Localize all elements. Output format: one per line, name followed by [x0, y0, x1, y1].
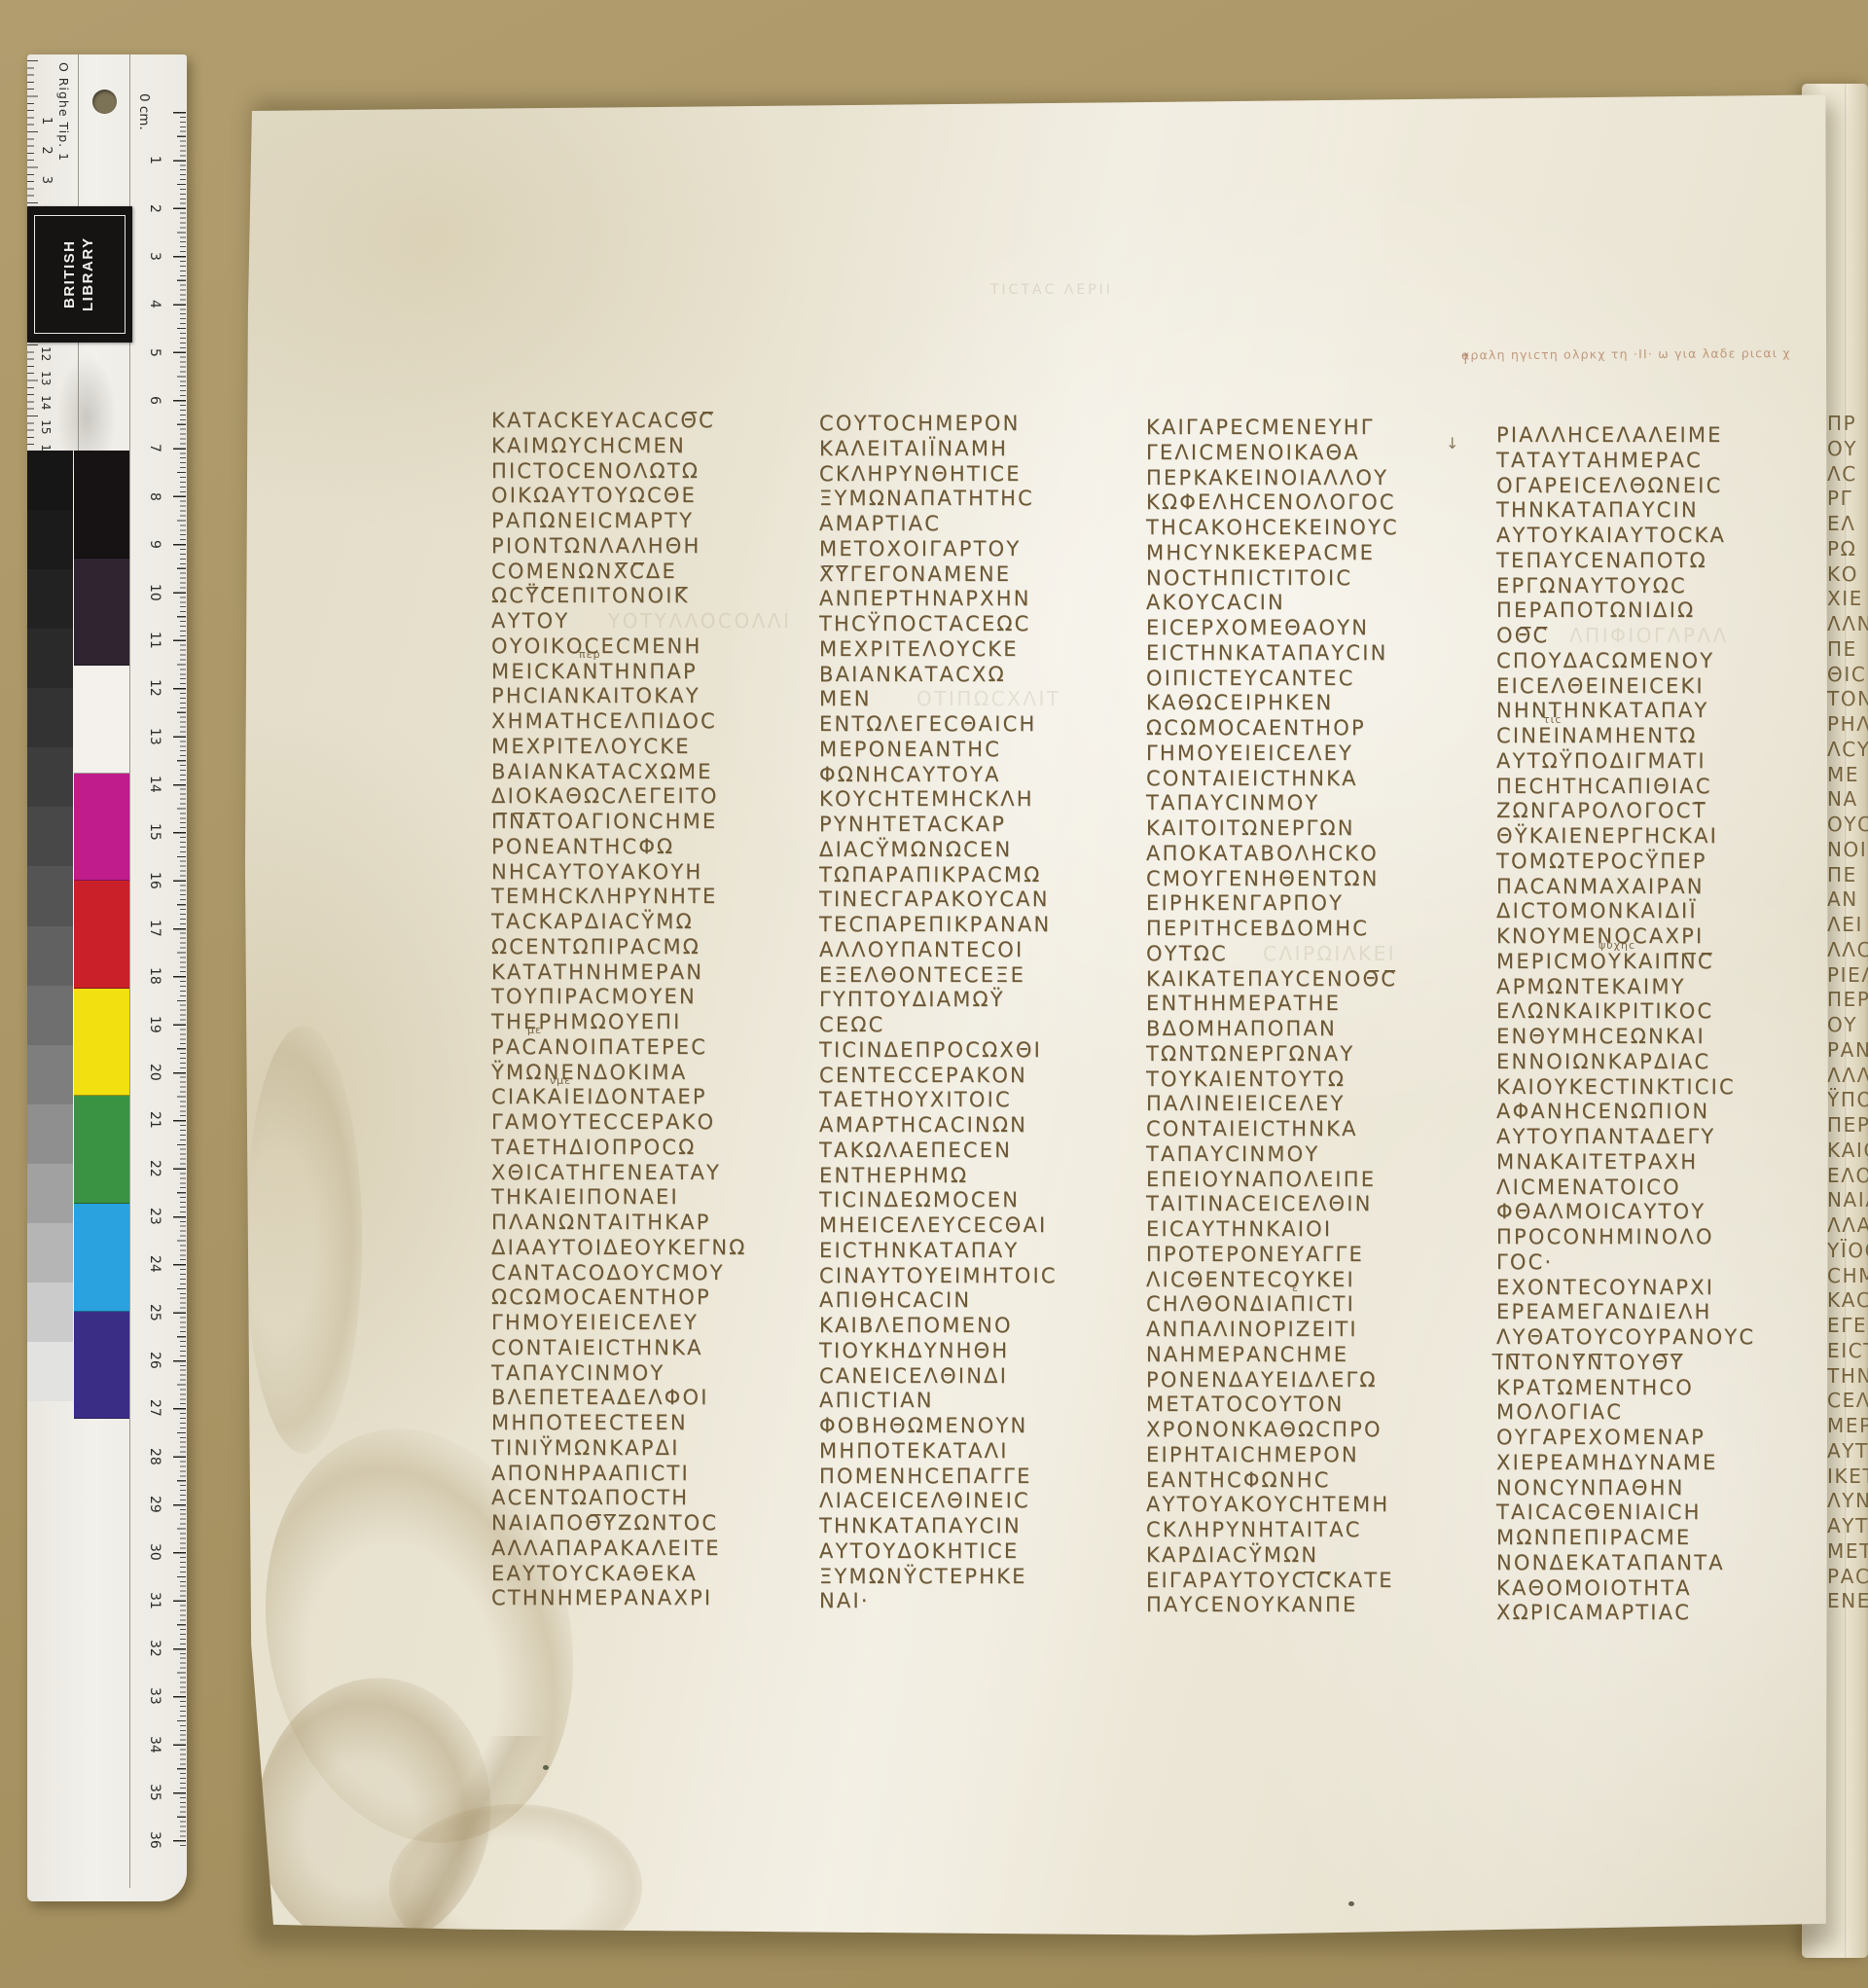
text-line: ΚΑΤΑΤΗΝΗΜΕΡΑΝ — [491, 960, 812, 986]
text-line: ΤΑΠΑΥϹΙΝΜΟΥ — [491, 1361, 812, 1387]
text-line: ΟΥΓΑΡΕΧΟΜΕΝΑΡ — [1496, 1426, 1817, 1451]
cm-number-row: 14 — [134, 760, 175, 808]
text-line: ΛΙϹΘΕΝΤΕϹΟΥΚΕΙ — [1146, 1268, 1467, 1293]
text-line: ΩϹΕΝΤΩΠΙΡΑϹΜΩ — [491, 935, 812, 960]
cm-number-row: 23 — [134, 1192, 175, 1240]
text-line: ΜΕΤΑΤΟϹΟΥΤΟΝ — [1146, 1392, 1467, 1418]
cm-number-row: 4 — [134, 280, 175, 328]
text-line: ΡΗϹΙΑΝΚΑΙΤΟΚΑΥ — [491, 684, 812, 709]
text-line: ϹΚΛΗΡΥΝΘΗΤΙϹΕ — [819, 462, 1140, 488]
text-line: ΑΠΙΘΗϹΑϹΙΝ — [819, 1288, 1140, 1314]
text-line: ϹΕΝΤΕϹϹΕΡΑΚΟΝ — [819, 1064, 1140, 1089]
text-line: ΞΥΜΩΝΑΠΑΤΗΤΗϹ — [819, 487, 1140, 512]
interlinear-correction: ε — [1292, 1282, 1299, 1294]
text-line: ΤΑϹΚΑΡΔΙΑϹΫΜΩ — [491, 910, 812, 935]
text-line: ΠΙϹΤΟϹΕΝΟΛΩΤΩ — [491, 459, 812, 485]
text-line: ΓΑΜΟΥΤΕϹϹΕΡΑΚΟ — [491, 1110, 812, 1136]
cm-number-row: 20 — [134, 1048, 175, 1096]
text-line: ΚΑΙΜΩΥϹΗϹΜΕΝ — [491, 434, 812, 459]
text-line: ΠΕϹΗΤΗϹΑΠΙΘΙΑϹ — [1496, 775, 1817, 800]
text-line: ΩϹΩΜΟϹΑΕΝΤΗΟΡ — [491, 1285, 812, 1311]
text-line: ΕΡΓΩΝΑΥΤΟΥΩϹ — [1496, 574, 1817, 599]
cm-number-row: 27 — [134, 1385, 175, 1432]
text-line: ΑΠΙϹΤΙΑΝ — [819, 1389, 1140, 1414]
gray-step — [27, 1164, 73, 1223]
cm-number-row: 11 — [134, 616, 175, 664]
text-line: ΦΘΑΛΜΟΙϹΑΥΤΟΥ — [1496, 1200, 1817, 1225]
interlinear-correction: νμε — [550, 1074, 571, 1087]
text-line: ΕΝΤΗΕΡΗΜΩ — [819, 1164, 1140, 1189]
text-line: ΤΕΜΗϹΚΛΗΡΥΝΗΤΕ — [491, 885, 812, 910]
text-line: ΡΙΑΛΛΗϹΕΛΑΛΕΙΜΕ — [1496, 423, 1817, 449]
text-line: ΜΗΠΟΤΕΚΑΤΑΛΙ — [819, 1439, 1140, 1464]
text-line: ΑΥΤΟΥΑΚΟΥϹΗΤΕΜΗ — [1146, 1493, 1467, 1518]
text-line: ΕΝΝΟΙΩΝΚΑΡΔΙΑϹ — [1496, 1050, 1817, 1075]
text-line: ΕΞΕΛΘΟΝΤΕϹΕΞΕ — [819, 963, 1140, 989]
text-line: ϹΑΝΤΑϹΟΔΟΥϹΜΟΥ — [491, 1261, 812, 1286]
text-line: ΦΟΒΗΘΩΜΕΝΟΥΝ — [819, 1414, 1140, 1439]
text-line: ΠΕΡΚΑΚΕΙΝΟΙΑΛΛΟΥ — [1146, 466, 1467, 491]
interlinear-correction: ψυχηϲ — [1599, 939, 1635, 952]
text-line: ΜΕΧΡΙΤΕΛΟΥϹΚΕ — [491, 735, 812, 760]
text-line: ϹΟΜΕΝΩΝΧ̅Ϲ̅ΔΕ — [491, 560, 812, 585]
gray-step — [27, 1342, 73, 1401]
text-line: ΖΩΝΓΑΡΟΛΟΓΟϹΤ̅ — [1496, 799, 1817, 824]
text-line: ΕΝΤΗΗΜΕΡΑΤΗΕ — [1146, 992, 1467, 1017]
gray-step — [27, 629, 73, 688]
text-line: ΞΥΜΩΝΫϹΤΕΡΗΚΕ — [819, 1565, 1140, 1590]
text-line: ϹΟΝΤΑΙΕΙϹΤΗΝΚΑ — [491, 1336, 812, 1361]
text-line: ΜΗΠΟΤΕΕϹΤΕΕΝ — [491, 1411, 812, 1436]
text-line: Π̅Ν̅Α̅ΤΟΑΓΙΟΝϹΗΜΕ — [491, 810, 812, 835]
text-line: ΤΟΥΠΙΡΑϹΜΟΥΕΝ — [491, 985, 812, 1010]
text-line: ΠΑΛΙΝΕΙΕΙϹΕΛΕΥ — [1146, 1092, 1467, 1117]
gray-step — [27, 986, 73, 1045]
text-line: ΔΙΟΚΑΘΩϹΛΕΓΕΙΤΟ — [491, 784, 812, 810]
running-title-ghost: ΤΙϹΤΑϹ ΛΕΡΙΙ — [990, 282, 1113, 298]
text-line: ΠΑΥϹΕΝΟΥΚΑΝΠΕ — [1146, 1593, 1467, 1618]
cm-number-row: 15 — [134, 809, 175, 856]
text-line: ϹΙΝΑΥΤΟΥΕΙΜΗΤΟΙϹ — [819, 1264, 1140, 1289]
manuscript-page: ΤΙϹΤΑϹ ΛΕΡΙΙ ↑ αραλη ηγιϲτη ολρκχ τη ·ΙΙ… — [243, 91, 1829, 1940]
cm-number-row: 24 — [134, 1241, 175, 1288]
water-stain — [245, 1026, 362, 1454]
text-line: ΓΟϹ· — [1496, 1250, 1817, 1276]
text-line: ΜΝΑΚΑΙΤΕΤΡΑΧΗ — [1496, 1150, 1817, 1175]
cm-number-row: 30 — [134, 1529, 175, 1576]
color-patch — [74, 559, 129, 667]
ink-speck — [1348, 1901, 1354, 1906]
gray-step — [27, 1045, 73, 1104]
text-line: ΓΗΜΟΥΕΙΕΙϹΕΛΕΥ — [491, 1311, 812, 1336]
text-line: ϹΟΝΤΑΙΕΙϹΤΗΝΚΑ — [1146, 1117, 1467, 1142]
cm-number-row: 5 — [134, 328, 175, 376]
text-line: ΤΗϹΫΠΟϹΤΑϹΕΩϹ — [819, 612, 1140, 637]
text-line: ϹΠΟΥΔΑϹΩΜΕΝΟΥ — [1496, 649, 1817, 674]
label-text: BRITISH LIBRARY — [61, 216, 98, 333]
text-line: ΑΥΤΟΥΔΟΚΗΤΙϹΕ — [819, 1539, 1140, 1565]
text-line: ΚΑΙΓΑΡΕϹΜΕΝΕΥΗΓ — [1146, 416, 1467, 441]
gray-step — [27, 510, 73, 569]
text-line: ΤΑΚΩΛΑΕΠΕϹΕΝ — [819, 1139, 1140, 1164]
text-line: ΕΙΡΗΤΑΙϹΗΜΕΡΟΝ — [1146, 1443, 1467, 1468]
ruler-ticks-major — [173, 112, 186, 1850]
cm-number-row: 32 — [134, 1624, 175, 1672]
text-line: ΤΗΝΚΑΤΑΠΑΥϹΙΝ — [1496, 498, 1817, 524]
text-line: ΛΥΘΑΤΟΥϹΟΥΡΑΝΟΥϹ — [1496, 1325, 1817, 1351]
interlinear-correction: τιϲ — [1543, 713, 1562, 726]
ruler-hang-hole — [92, 90, 117, 114]
cm-number-row: 35 — [134, 1768, 175, 1816]
cm-number-row: 12 — [134, 665, 175, 712]
gray-step — [27, 688, 73, 747]
text-line: ΤΩΠΑΡΑΠΙΚΡΑϹΜΩ — [819, 863, 1140, 888]
text-line: ΑΠΟΝΗΡΑΑΠΙϹΤΙ — [491, 1462, 812, 1487]
gray-step — [27, 569, 73, 629]
text-line: ΟΥΟΙΚΟϹΕϹΜΕΝΗ — [491, 634, 812, 660]
text-line: ΤΙΝΙΫΜΩΝΚΑΡΔΙ — [491, 1436, 812, 1462]
text-line: ΕΝΘΥΜΗϹΕΩΝΚΑΙ — [1496, 1025, 1817, 1050]
text-line: ΝΑΙ· — [819, 1589, 1140, 1614]
text-line: ΤΑΠΑΥϹΙΝΜΟΥ — [1146, 1142, 1467, 1168]
text-line: ΚΑΘΟΜΟΙΟΤΗΤΑ — [1496, 1576, 1817, 1602]
text-line: ΑΠΟΚΑΤΑΒΟΛΗϹΚΟ — [1146, 842, 1467, 867]
text-line: ΟΘ̅Ϲ̅ — [1496, 624, 1817, 649]
text-line: ΓΗΜΟΥΕΙΕΙϹΕΛΕΥ — [1146, 741, 1467, 767]
color-patch-strip — [74, 451, 129, 1419]
text-line: ΡΙΟΝΤΩΝΛΑΛΗΘΗ — [491, 534, 812, 560]
text-line: Χ̅Υ̅ΓΕΓΟΝΑΜΕΝΕ — [819, 562, 1140, 588]
text-line: ΜΗΕΙϹΕΛΕΥϹΕϹΘΑΙ — [819, 1213, 1140, 1239]
text-column-3: ΚΑΙΓΑΡΕϹΜΕΝΕΥΗΓΓΕΛΙϹΜΕΝΟΙΚΑΘΑΠΕΡΚΑΚΕΙΝΟΙ… — [1146, 416, 1467, 1618]
text-line: ΕΙϹΤΗΝΚΑΤΑΠΑΥϹΙΝ — [1146, 641, 1467, 667]
color-patch — [74, 1096, 129, 1204]
text-line: ΤΙΝΕϹΓΑΡΑΚΟΥϹΑΝ — [819, 887, 1140, 913]
text-line: ϹΑΝΕΙϹΕΛΘΙΝΔΙ — [819, 1364, 1140, 1390]
british-library-label: BRITISH LIBRARY — [27, 206, 132, 343]
text-line: ΟΙΠΙϹΤΕΥϹΑΝΤΕϹ — [1146, 667, 1467, 692]
text-line: ΤΟΥΚΑΙΕΝΤΟΥΤΩ — [1146, 1067, 1467, 1093]
cm-number-row: 25 — [134, 1288, 175, 1336]
text-line: ΕΙϹΕΡΧΟΜΕΘΑΟΥΝ — [1146, 616, 1467, 641]
ruler-cm-numbers: 1234567891011121314151617181920212223242… — [134, 136, 175, 1864]
text-line: ΑΥΤΟΥΠΑΝΤΑΔΕΓΥ — [1496, 1125, 1817, 1150]
text-line: ϹΜΟΥΓΕΝΗΘΕΝΤΩΝ — [1146, 867, 1467, 892]
text-line: ΜΕΙϹΚΑΝΤΗΝΠΑΡ — [491, 660, 812, 685]
text-line: ΤΙϹΙΝΔΕΠΡΟϹΩΧΘΙ — [819, 1038, 1140, 1064]
text-line: ΤΗϹΑΚΟΗϹΕΚΕΙΝΟΥϹ — [1146, 516, 1467, 541]
text-line: ΝΗϹΑΥΤΟΥΑΚΟΥΗ — [491, 860, 812, 886]
corner-fold-crease — [276, 1736, 627, 1988]
interlinear-correction: με — [527, 1024, 542, 1036]
text-line: ΩϹΩΜΟϹΑΕΝΤΗΟΡ — [1146, 716, 1467, 741]
text-line: ΚΩΦΕΛΗϹΕΝΟΛΟΓΟϹ — [1146, 490, 1467, 516]
text-column-4: ΡΙΑΛΛΗϹΕΛΑΛΕΙΜΕΤΑΤΑΥΤΑΗΜΕΡΑϹΟΓΑΡΕΙϹΕΛΘΩΝ… — [1496, 423, 1817, 1626]
text-line: ΡΟΝΕΝΔΑΥΕΙΔΛΕΓΩ — [1146, 1368, 1467, 1393]
text-line: ΕΛΩΝΚΑΙΚΡΙΤΙΚΟϹ — [1496, 999, 1817, 1025]
text-line: ΑΚΟΥϹΑϹΙΝ — [1146, 591, 1467, 616]
text-line: ΜΕΤΟΧΟΙΓΑΡΤΟΥ — [819, 537, 1140, 562]
gray-step — [27, 451, 73, 510]
text-line: ΚΑΘΩϹΕΙΡΗΚΕΝ — [1146, 691, 1467, 716]
color-patch — [74, 989, 129, 1097]
text-line: ΧΡΟΝΟΝΚΑΘΩϹΠΡΟ — [1146, 1418, 1467, 1443]
text-line: ΝΑΗΜΕΡΑΝϹΗΜΕ — [1146, 1343, 1467, 1368]
text-line: ΔΙΑϹΫΜΩΝΩϹΕΝ — [819, 838, 1140, 863]
color-patch — [74, 774, 129, 882]
text-line: ΡΑϹΑΝΟΙΠΑΤΕΡΕϹ — [491, 1035, 812, 1061]
text-line: ΜΕΝ — [819, 687, 1140, 712]
gray-step — [27, 1104, 73, 1164]
text-line: ΑΝΠΑΛΙΝΟΡΙΖΕΙΤΙ — [1146, 1318, 1467, 1343]
grayscale-step-strip — [27, 451, 73, 1401]
text-line: ΕΡΕΑΜΕΓΑΝΔΙΕΛΗ — [1496, 1300, 1817, 1325]
text-line: ΝΟΝΔΕΚΑΤΑΠΑΝΤΑ — [1496, 1551, 1817, 1576]
text-line: ΜΕΡΟΝΕΑΝΤΗϹ — [819, 738, 1140, 763]
cm-number-row: 7 — [134, 424, 175, 472]
gray-step — [27, 926, 73, 986]
text-line: ΤΑΤΑΥΤΑΗΜΕΡΑϹ — [1496, 449, 1817, 474]
cm-number-row: 16 — [134, 856, 175, 904]
text-line: ΑΜΑΡΤΗϹΑϹΙΝΩΝ — [819, 1113, 1140, 1139]
text-line: ϹΟΝΤΑΙΕΙϹΤΗΝΚΑ — [1146, 767, 1467, 792]
text-line: ΚΟΥϹΗΤΕΜΗϹΚΛΗ — [819, 787, 1140, 813]
color-patch — [74, 666, 129, 774]
text-line: ΤΑΙϹΑϹΘΕΝΙΑΙϹΗ — [1496, 1500, 1817, 1526]
cm-number-row: 3 — [134, 233, 175, 280]
text-line: ΚΑΙΚΑΤΕΠΑΥϹΕΝΟΘ̅Ϲ̅ — [1146, 967, 1467, 993]
text-line: ΔΙΑΑΥΤΟΙΔΕΟΥΚΕΓΝΩ — [491, 1236, 812, 1261]
text-line: ΟΙΚΩΑΥΤΟΥΩϹΘΕ — [491, 484, 812, 509]
gray-step — [27, 807, 73, 866]
text-line: ΠΡΟϹΟΝΗΜΙΝΟΛΟ — [1496, 1225, 1817, 1250]
gray-step — [27, 866, 73, 925]
text-line: ΕΙϹΑΥΤΗΝΚΑΙΟΙ — [1146, 1217, 1467, 1243]
text-line: ΛΙϹΜΕΝΑΤΟΙϹΟ — [1496, 1175, 1817, 1201]
cm-number-row: 31 — [134, 1576, 175, 1624]
text-line: ΑΡΜΩΝΤΕΚΑΙΜΥ — [1496, 975, 1817, 1000]
cm-number-row: 6 — [134, 377, 175, 424]
text-line: ϹΕΩϹ — [819, 1013, 1140, 1038]
text-line: ΑΝΠΕΡΤΗΝΑΡΧΗΝ — [819, 587, 1140, 612]
text-line: ΤΕϹΠΑΡΕΠΙΚΡΑΝΑΝ — [819, 913, 1140, 938]
text-line: ϹΙΑΚΑΙΕΙΔΟΝΤΑΕΡ — [491, 1085, 812, 1110]
text-line: ΡΥΝΗΤΕΤΑϹΚΑΡ — [819, 813, 1140, 838]
gray-step — [27, 747, 73, 807]
text-line: ΠΕΡΑΠΟΤΩΝΙΔΙΩ — [1496, 598, 1817, 624]
text-line: ΑΛΛΑΠΑΡΑΚΑΛΕΙΤΕ — [491, 1536, 812, 1562]
photography-backdrop: ΠΡΟΥΛϹΡΓΕΛΡΩΚΟΧΙΕΛΛΝΠΕΘΙϹΤΟΝΡΗΛΛϹΥΜΕΝΑΟΥ… — [0, 0, 1868, 1988]
ruler-left-numbers-mid: 12 13 14 15 16 — [39, 346, 53, 459]
cm-number-row: 22 — [134, 1144, 175, 1192]
ink-speck — [543, 1765, 549, 1770]
text-line: ΕΑΥΤΟΥϹΚΑΘΕΚΑ — [491, 1562, 812, 1587]
text-line: ΤΑΙΤΙΝΑϹΕΙϹΕΛΘΙΝ — [1146, 1192, 1467, 1217]
text-line: ΧΘΙϹΑΤΗΓΕΝΕΑΤΑΥ — [491, 1161, 812, 1186]
text-line: ΤΙϹΙΝΔΕΩΜΟϹΕΝ — [819, 1188, 1140, 1213]
text-line: ΠΛΑΝΩΝΤΑΙΤΗΚΑΡ — [491, 1211, 812, 1236]
text-line: ΩϹΫ̅Ϲ̅ΕΠΙΤΟΝΟΙΚ̅ — [491, 584, 812, 609]
text-line: ΒΑΙΑΝΚΑΤΑϹΧΩΜΕ — [491, 760, 812, 785]
color-patch — [74, 1312, 129, 1420]
text-line: ΚΡΑΤΩΜΕΝΤΗϹΟ — [1496, 1376, 1817, 1401]
text-line: ΚΑΙΒΛΕΠΟΜΕΝΟ — [819, 1314, 1140, 1339]
cm-number-row: 17 — [134, 904, 175, 952]
cm-number-row: 19 — [134, 1000, 175, 1048]
text-line: ΝΑΙΑΠΟΘ̅Υ̅ΖΩΝΤΟϹ — [491, 1511, 812, 1536]
text-line: ΤΗΚΑΙΕΙΠΟΝΑΕΙ — [491, 1185, 812, 1211]
cm-number-row: 29 — [134, 1480, 175, 1528]
text-line: ΛΙΑϹΕΙϹΕΛΘΙΝΕΙϹ — [819, 1489, 1140, 1514]
cm-number-row: 18 — [134, 953, 175, 1000]
text-line: ΒΔΟΜΗΑΠΟΠΑΝ — [1146, 1017, 1467, 1042]
text-line: ΝΟϹΤΗΠΙϹΤΙΤΟΙϹ — [1146, 566, 1467, 592]
text-line: ΝΟΝϹΥΝΠΑΘΗΝ — [1496, 1476, 1817, 1501]
cm-number-row: 28 — [134, 1432, 175, 1480]
gray-step — [27, 1283, 73, 1342]
ruler-left-numbers-top: 1 2 3 4 — [39, 117, 54, 213]
calibration-ruler: O Righe Tip. 1 1 2 3 4 12 13 14 15 16 BR… — [27, 54, 187, 1901]
text-line: ΠΕΡΙΤΗϹΕΒΔΟΜΗϹ — [1146, 917, 1467, 942]
text-line: ΑΥΤΟΥΚΑΙΑΥΤΟϹΚΑ — [1496, 524, 1817, 549]
text-line: ΧΙΕΡΕΑΜΗΔΥΝΑΜΕ — [1496, 1451, 1817, 1476]
text-line: ϹΗΛΘΟΝΔΙΑΠΙϹΤΙ — [1146, 1292, 1467, 1318]
cm-number-row: 21 — [134, 1097, 175, 1144]
text-line: ΑΥΤΩΫΠΟΔΙΓΜΑΤΙ — [1496, 749, 1817, 775]
text-line: ΠΡΟΤΕΡΟΝΕΥΑΓΓΕ — [1146, 1243, 1467, 1268]
cm-number-row: 33 — [134, 1673, 175, 1720]
text-line: ΘΫΚΑΙΕΝΕΡΓΗϹΚΑΙ — [1496, 824, 1817, 849]
text-line: ΤΑΠΑΥϹΙΝΜΟΥ — [1146, 791, 1467, 816]
faint-marginal-annotation: αραλη ηγιϲτη ολρκχ τη ·ΙΙ· ω για λαδε ρι… — [1461, 345, 1850, 363]
text-line: ΕΑΝΤΗϹΦΩΝΗϹ — [1146, 1468, 1467, 1494]
text-line: ϹΙΝΕΙΝΑΜΗΕΝΤΩ — [1496, 724, 1817, 749]
text-line: ΜΩΝΠΕΠΙΡΑϹΜΕ — [1496, 1526, 1817, 1551]
text-line: ΡΑΠΩΝΕΙϹΜΑΡΤΥ — [491, 509, 812, 534]
text-line: ΑΥΤΟΥ — [491, 609, 812, 634]
text-line: ΤΕΠΑΥϹΕΝΑΠΟΤΩ — [1496, 549, 1817, 574]
text-line: ΑΜΑΡΤΙΑϹ — [819, 512, 1140, 537]
text-line: ΧΩΡΙϹΑΜΑΡΤΙΑϹ — [1496, 1601, 1817, 1626]
color-patch — [74, 881, 129, 989]
text-line: ΟΓΑΡΕΙϹΕΛΘΩΝΕΙϹ — [1496, 474, 1817, 499]
cm-number-row: 10 — [134, 568, 175, 616]
text-column-1: ΚΑΤΑϹΚΕΥΑϹΑϹΘ̅Ϲ̅ΚΑΙΜΩΥϹΗϹΜΕΝΠΙϹΤΟϹΕΝΟΛΩΤ… — [491, 409, 812, 1611]
cm-number-row: 1 — [134, 136, 175, 184]
cm-number-row: 8 — [134, 472, 175, 520]
text-line: ΚΑΙΟΥΚΕϹΤΙΝΚΤΙϹΙϹ — [1496, 1075, 1817, 1101]
cm-number-row: 13 — [134, 712, 175, 760]
text-line: ΤΙΟΥΚΗΔΥΝΗΘΗ — [819, 1339, 1140, 1364]
cm-number-row: 9 — [134, 521, 175, 568]
ruler-maker-label: O Righe Tip. 1 — [56, 62, 71, 162]
interlinear-correction: περ — [579, 648, 601, 661]
text-line: ΕΙϹΕΛΘΕΙΝΕΙϹΕΚΙ — [1496, 674, 1817, 700]
cm-number-row: 2 — [134, 184, 175, 232]
text-line: ΑΛΛΟΥΠΑΝΤΕϹΟΙ — [819, 938, 1140, 963]
text-line: ΕΝΤΩΛΕΓΕϹΘΑΙϹΗ — [819, 712, 1140, 738]
text-line: ΤΑΕΤΗΟΥΧΙΤΟΙϹ — [819, 1088, 1140, 1113]
text-line: ΠΑϹΑΝΜΑΧΑΙΡΑΝ — [1496, 875, 1817, 900]
text-line: ΕΙΡΗΚΕΝΓΑΡΠΟΥ — [1146, 891, 1467, 917]
text-line: ΠΟΜΕΝΗϹΕΠΑΓΓΕ — [819, 1464, 1140, 1490]
cm-number-row: 34 — [134, 1720, 175, 1768]
label-border-box: BRITISH LIBRARY — [34, 215, 126, 334]
ruler-zero-label: 0 cm. — [136, 93, 152, 130]
text-line: ΜΕΡΙϹΜΟΥΚΑΙΠ̅Ν̅Ϲ̅ — [1496, 950, 1817, 975]
text-line: ΫΜΩΝΕΝΔΟΚΙΜΑ — [491, 1061, 812, 1086]
text-line: ΜΟΛΟΓΙΑϹ — [1496, 1400, 1817, 1426]
text-line: ΚΑΙΤΟΙΤΩΝΕΡΓΩΝ — [1146, 816, 1467, 842]
text-line: ΓΕΛΙϹΜΕΝΟΙΚΑΘΑ — [1146, 441, 1467, 466]
gray-step — [27, 1223, 73, 1283]
color-patch — [74, 451, 129, 559]
text-line: Ι̅Ν̅ΤΟΝΥ̅Ν̅ΤΟΥΘ̅Υ̅ — [1496, 1351, 1817, 1376]
text-line: ΚΑΡΔΙΑϹΫΜΩΝ — [1146, 1543, 1467, 1569]
text-line: ΜΕΧΡΙΤΕΛΟΥϹΚΕ — [819, 637, 1140, 663]
text-line: ΕΠΕΙΟΥΝΑΠΟΛΕΙΠΕ — [1146, 1168, 1467, 1193]
text-line: ϹΤΗΝΗΜΕΡΑΝΑΧΡΙ — [491, 1586, 812, 1611]
text-line: ΚΑΛΕΙΤΑΙΪΝΑΜΗ — [819, 437, 1140, 462]
text-line: ΦΩΝΗϹΑΥΤΟΥΑ — [819, 763, 1140, 788]
text-line: ΟΥΤΩϹ — [1146, 942, 1467, 967]
text-line: ΚΝΟΥΜΕΝΟϹΑΧΡΙ — [1496, 924, 1817, 950]
text-line: ΤΗΝΚΑΤΑΠΑΥϹΙΝ — [819, 1514, 1140, 1539]
text-line: ΤΟΜΩΤΕΡΟϹΫΠΕΡ — [1496, 849, 1817, 875]
text-line: ΡΟΝΕΑΝΤΗϹΦΩ — [491, 835, 812, 860]
text-line: ΑΦΑΝΗϹΕΝΩΠΙΟΝ — [1496, 1100, 1817, 1125]
text-column-2: ϹΟΥΤΟϹΗΜΕΡΟΝΚΑΛΕΙΤΑΙΪΝΑΜΗϹΚΛΗΡΥΝΘΗΤΙϹΕΞΥ… — [819, 412, 1140, 1614]
text-line: ΜΗϹΥΝΚΕΚΕΡΑϹΜΕ — [1146, 541, 1467, 566]
cm-number-row: 36 — [134, 1816, 175, 1863]
text-line: ϹΟΥΤΟϹΗΜΕΡΟΝ — [819, 412, 1140, 437]
text-line: ΓΥΠΤΟΥΔΙΑΜΩΫ — [819, 988, 1140, 1013]
text-line: ΔΙϹΤΟΜΟΝΚΑΙΔΙΪ — [1496, 899, 1817, 924]
text-line: ΤΑΕΤΗΔΙΟΠΡΟϹΩ — [491, 1136, 812, 1161]
color-patch — [74, 1204, 129, 1312]
text-line: ΚΑΤΑϹΚΕΥΑϹΑϹΘ̅Ϲ̅ — [491, 409, 812, 434]
text-line: ΕΙΓΑΡΑΥΤΟΥϹΙ̅Ϲ̅ΚΑΤΕ — [1146, 1569, 1467, 1594]
cm-number-row: 26 — [134, 1336, 175, 1384]
text-line: ΕΙϹΤΗΝΚΑΤΑΠΑΥ — [819, 1239, 1140, 1264]
text-line: ΒΛΕΠΕΤΕΑΔΕΛΦΟΙ — [491, 1386, 812, 1411]
text-line: ΒΑΙΑΝΚΑΤΑϹΧΩ — [819, 663, 1140, 688]
text-line: ΕΧΟΝΤΕϹΟΥΝΑΡΧΙ — [1496, 1276, 1817, 1301]
text-line: ϹΚΛΗΡΥΝΗΤΑΙΤΑϹ — [1146, 1518, 1467, 1543]
text-line: ΑϹΕΝΤΩΑΠΟϹΤΗ — [491, 1486, 812, 1511]
text-line: ΤΩΝΤΩΝΕΡΓΩΝΑΥ — [1146, 1042, 1467, 1067]
text-line: ΧΗΜΑΤΗϹΕΛΠΙΔΟϹ — [491, 709, 812, 735]
